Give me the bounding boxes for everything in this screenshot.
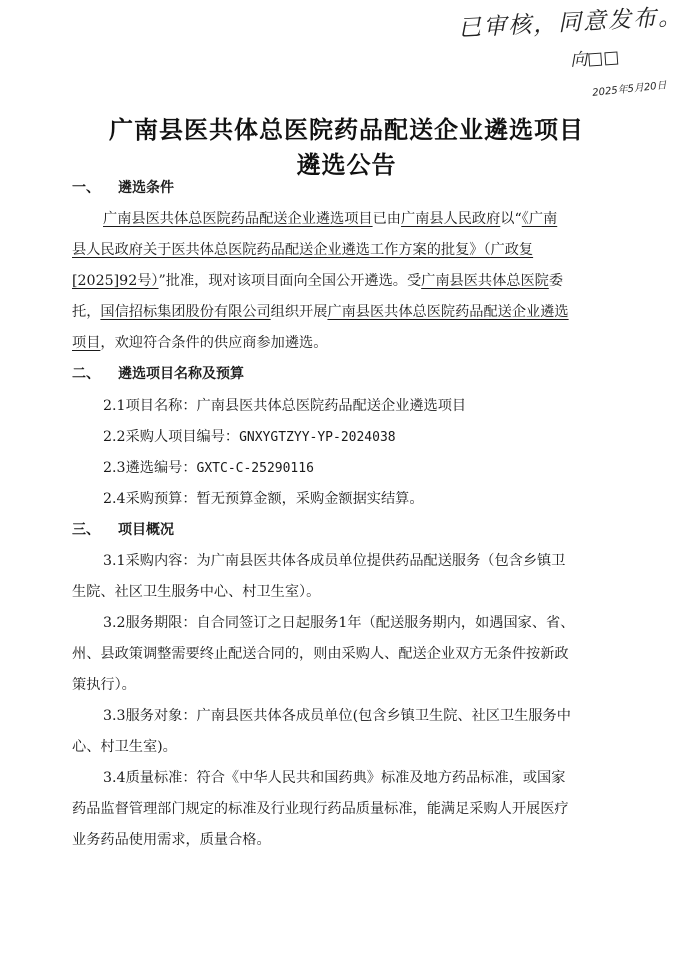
item-3-2-line: 策执行）。 (72, 675, 136, 695)
item-value: 暂无预算金额，采购金额据实结算。 (197, 491, 424, 507)
section-heading-3: 三、项目概况 (72, 520, 174, 540)
paragraph-line: 托，国信招标集团股份有限公司组织开展广南县医共体总医院药品配送企业遴选 (72, 302, 569, 322)
item-3-4-line: 药品监督管理部门规定的标准及行业现行药品质量标准，能满足采购人开展医疗 (72, 799, 569, 819)
text: 托， (72, 304, 100, 320)
paragraph-line: [2025]92号）”批准，现对该项目面向全国公开遴选。受广南县医共体总医院委 (72, 271, 563, 291)
approval-doc-ref: 县人民政府关于医共体总医院药品配送企业遴选工作方案的批复》（广政复 (72, 242, 533, 258)
text: ，欢迎符合条件的供应商参加遴选。 (100, 335, 327, 351)
item-3-2-line: 州、县政策调整需要终止配送合同的，则由采购人、配送企业双方无条件按新政 (72, 644, 569, 664)
approval-doc-ref: 《广南 (522, 211, 557, 227)
item-label: 2.3遴选编号： (103, 460, 197, 476)
item-label: 2.4采购预算： (103, 491, 197, 507)
handwritten-approval-note: 已审核，同意发布。 (457, 0, 683, 43)
item-3-4-line: 业务药品使用需求，质量合格。 (72, 830, 271, 850)
item-purchaser-project-number: 2.2采购人项目编号：GNXYGTZYY-YP-2024038 (103, 427, 396, 448)
item-selection-number: 2.3遴选编号：GXTC-C-25290116 (103, 458, 314, 479)
handwritten-date: 2025年5月20日 (591, 76, 667, 99)
item-project-name: 2.1项目名称：广南县医共体总医院药品配送企业遴选项目 (103, 396, 466, 416)
government-ref: 广南县人民政府 (401, 211, 500, 227)
item-3-1-line: 3.1采购内容：为广南县医共体各成员单位提供药品配送服务（包含乡镇卫 (103, 551, 565, 571)
section-heading-1: 一、遴选条件 (72, 178, 174, 198)
item-3-1-line: 生院、社区卫生服务中心、村卫生室）。 (72, 582, 320, 602)
section-number: 三、 (72, 520, 118, 540)
approval-doc-ref: [2025]92号） (72, 273, 159, 289)
paragraph-line: 项目，欢迎符合条件的供应商参加遴选。 (72, 333, 327, 353)
item-label: 2.2采购人项目编号： (103, 429, 239, 445)
text: 已由 (373, 211, 401, 227)
section-number: 二、 (72, 364, 118, 384)
item-3-3-line: 心、村卫生室)。 (72, 737, 177, 757)
item-3-2-line: 3.2服务期限：自合同签订之日起服务1年（配送服务期内，如遇国家、省、 (103, 613, 574, 633)
section-title: 遴选项目名称及预算 (118, 366, 244, 382)
text: ”批准，现对该项目面向全国公开遴选。受 (159, 273, 422, 289)
paragraph-line: 广南县医共体总医院药品配送企业遴选项目已由广南县人民政府以“《广南 (103, 209, 557, 229)
project-name-ref: 广南县医共体总医院药品配送企业遴选项目 (103, 211, 373, 227)
item-value: 广南县医共体总医院药品配送企业遴选项目 (197, 398, 467, 414)
item-value: GNXYGTZYY-YP-2024038 (239, 430, 396, 445)
handwritten-signature: 向□□ (569, 42, 620, 70)
item-3-4-line: 3.4质量标准：符合《中华人民共和国药典》标准及地方药品标准，或国家 (103, 768, 565, 788)
text: 组织开展 (271, 304, 328, 320)
section-title: 项目概况 (118, 522, 174, 538)
hospital-ref: 广南县医共体总医院 (421, 273, 549, 289)
section-heading-2: 二、遴选项目名称及预算 (72, 364, 244, 384)
agency-ref: 国信招标集团股份有限公司 (100, 304, 270, 320)
text: 委 (549, 273, 563, 289)
document-subtitle: 遴选公告 (0, 145, 693, 180)
item-value: GXTC-C-25290116 (197, 461, 314, 476)
section-number: 一、 (72, 178, 118, 198)
item-3-3-line: 3.3服务对象：广南县医共体各成员单位(包含乡镇卫生院、社区卫生服务中 (103, 706, 571, 726)
text: 以“ (500, 211, 521, 227)
project-name-ref: 广南县医共体总医院药品配送企业遴选 (327, 304, 568, 320)
project-name-ref: 项目 (72, 335, 100, 351)
document-title: 广南县医共体总医院药品配送企业遴选项目 (0, 110, 693, 145)
section-title: 遴选条件 (118, 180, 174, 196)
item-label: 2.1项目名称： (103, 398, 197, 414)
paragraph-line: 县人民政府关于医共体总医院药品配送企业遴选工作方案的批复》（广政复 (72, 240, 533, 260)
item-budget: 2.4采购预算：暂无预算金额，采购金额据实结算。 (103, 489, 424, 509)
